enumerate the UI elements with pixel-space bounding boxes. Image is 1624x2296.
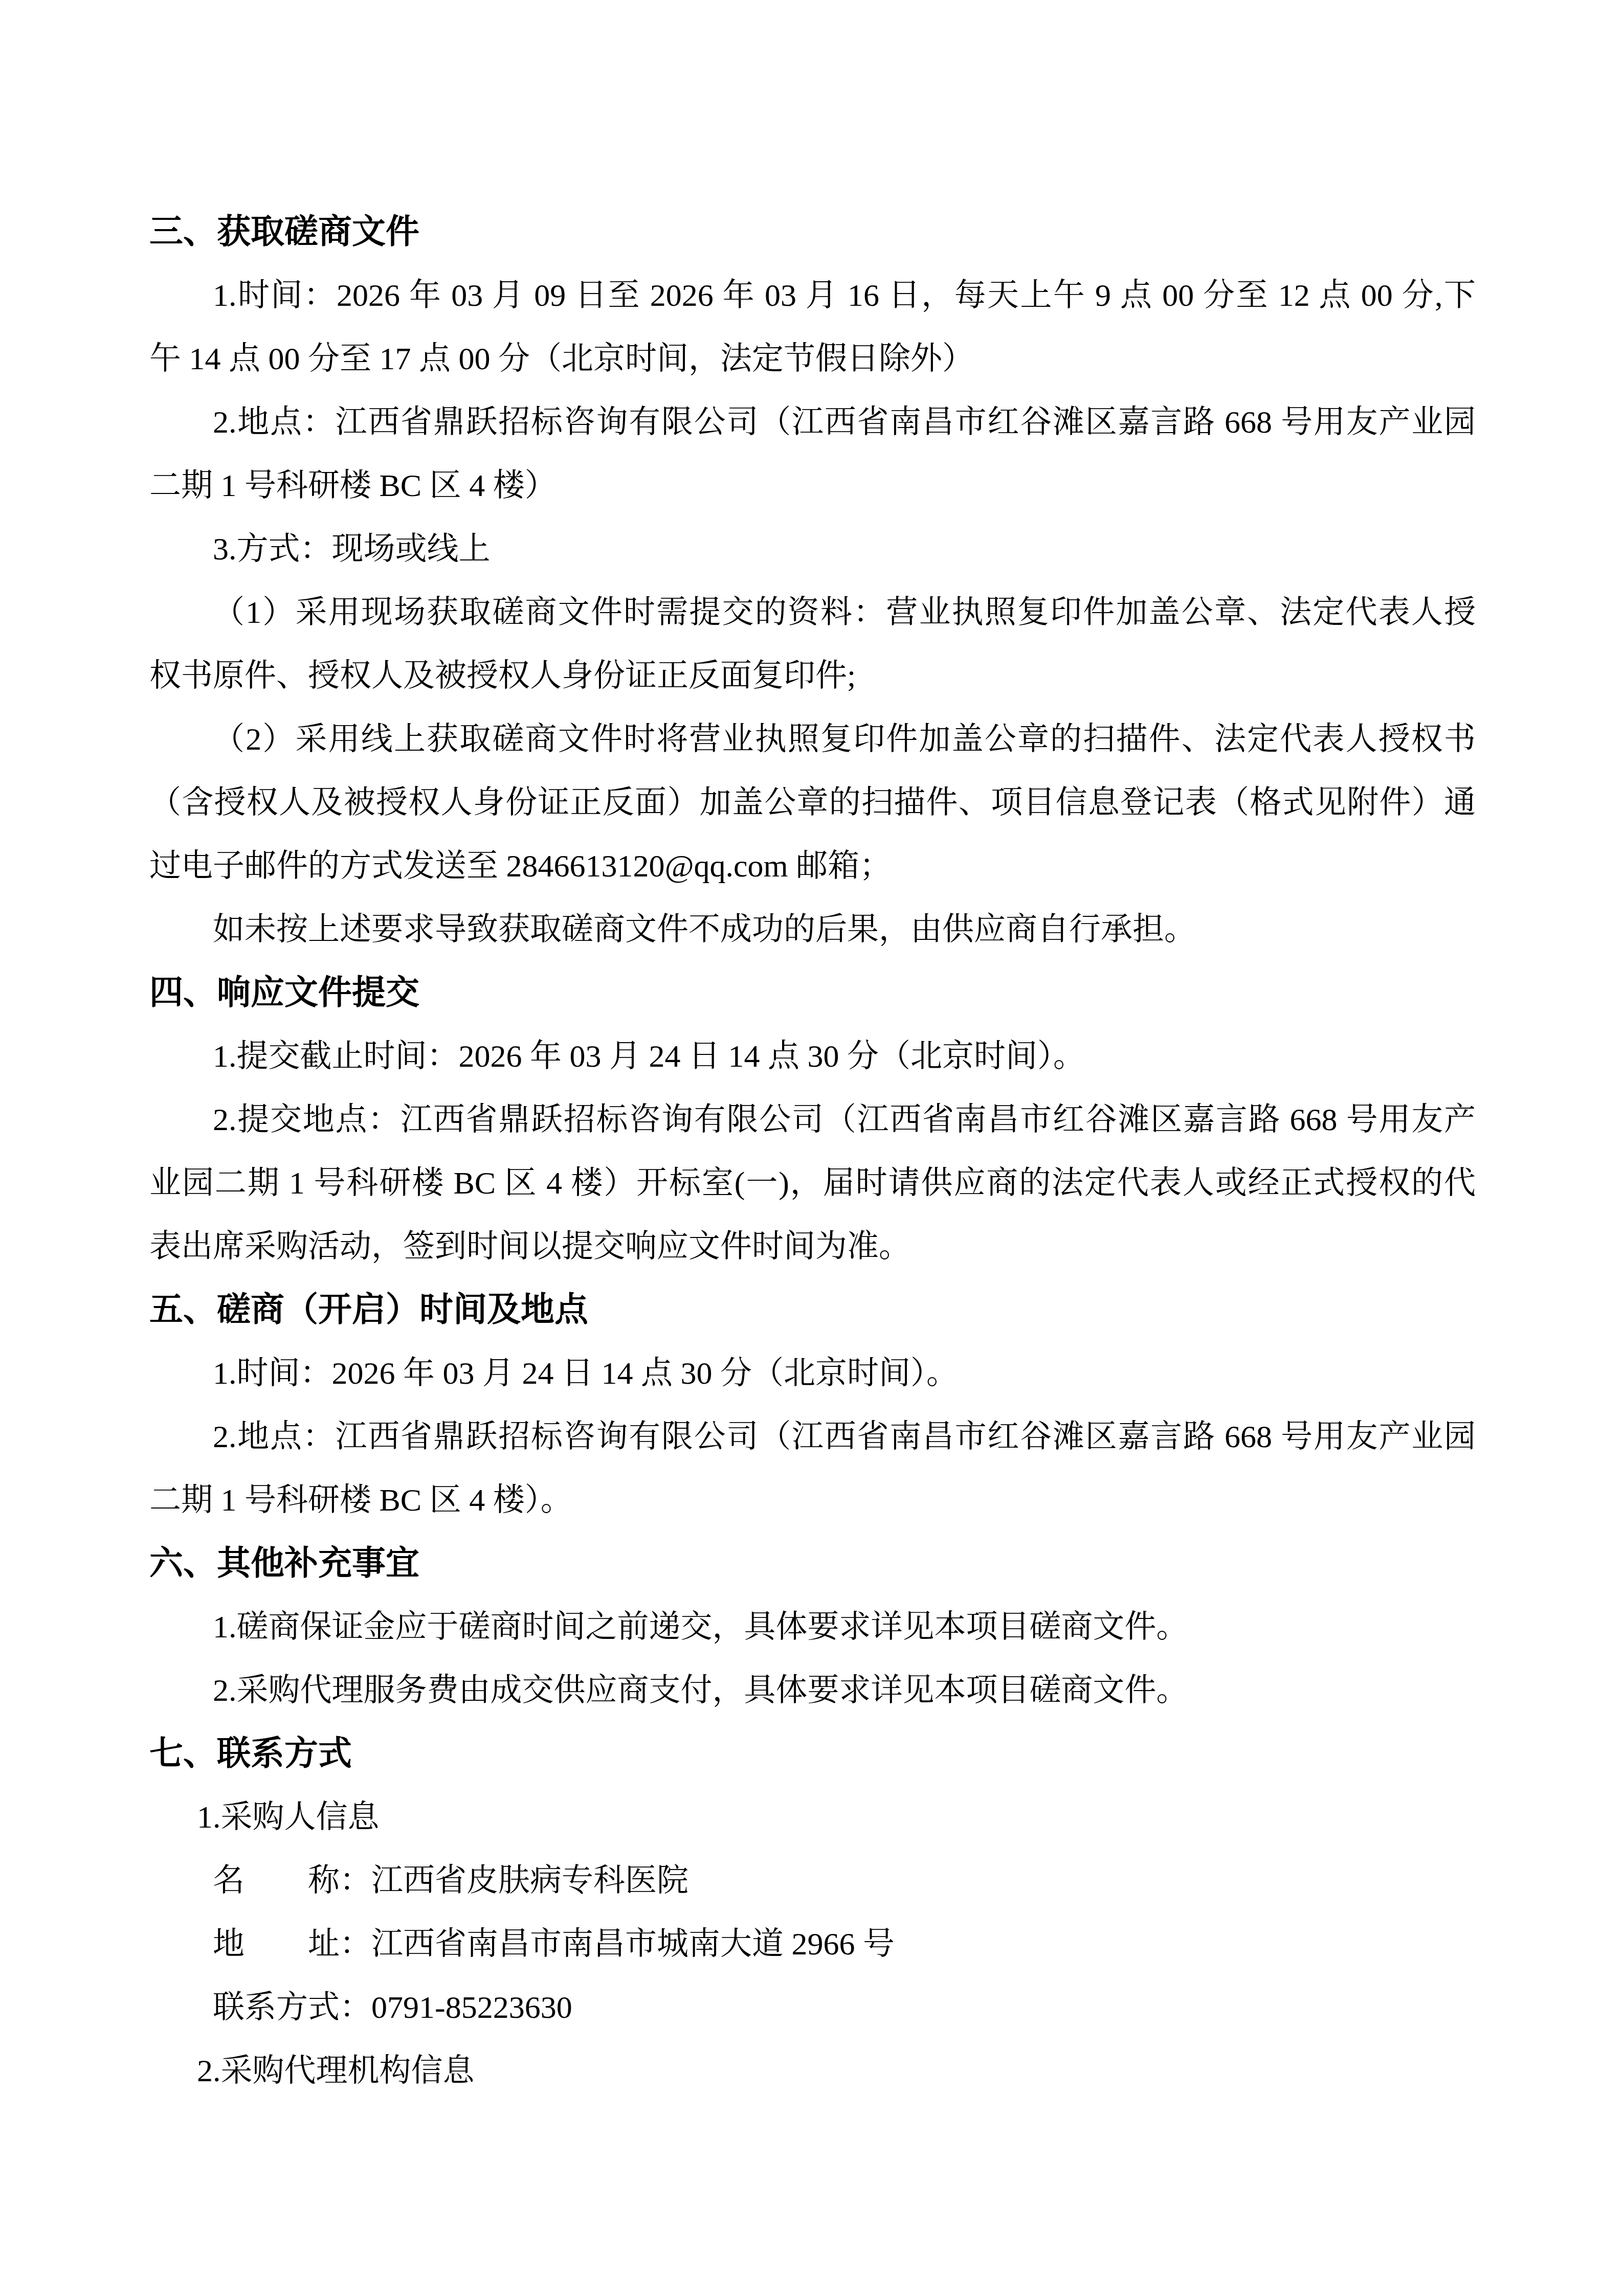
text-line: 表出席采购活动，签到时间以提交响应文件时间为准。 bbox=[149, 1215, 1476, 1278]
text-line: 1.提交截止时间：2026 年 03 月 24 日 14 点 30 分（北京时间… bbox=[149, 1025, 1476, 1088]
text-line: （1）采用现场获取磋商文件时需提交的资料：营业执照复印件加盖公章、法定代表人授 bbox=[149, 581, 1476, 644]
text-line: 1.采购人信息 bbox=[149, 1786, 1476, 1849]
text-line: （2）采用线上获取磋商文件时将营业执照复印件加盖公章的扫描件、法定代表人授权书 bbox=[149, 708, 1476, 771]
section-heading: 五、磋商（开启）时间及地点 bbox=[149, 1278, 1476, 1342]
text-line: 3.方式：现场或线上 bbox=[149, 517, 1476, 581]
section-heading: 六、其他补充事宜 bbox=[149, 1532, 1476, 1595]
text-line: 2.采购代理机构信息 bbox=[149, 2039, 1476, 2103]
text-line: 业园二期 1 号科研楼 BC 区 4 楼）开标室(一)，届时请供应商的法定代表人… bbox=[149, 1152, 1476, 1215]
section-heading: 四、响应文件提交 bbox=[149, 961, 1476, 1025]
text-line: 二期 1 号科研楼 BC 区 4 楼）。 bbox=[149, 1469, 1476, 1532]
section-heading: 三、获取磋商文件 bbox=[149, 200, 1476, 264]
text-line: 2.地点：江西省鼎跃招标咨询有限公司（江西省南昌市红谷滩区嘉言路 668 号用友… bbox=[149, 1405, 1476, 1469]
text-line: 地 址：江西省南昌市南昌市城南大道 2966 号 bbox=[149, 1912, 1476, 1976]
text-line: 如未按上述要求导致获取磋商文件不成功的后果，由供应商自行承担。 bbox=[149, 898, 1476, 961]
text-line: 名 称：江西省皮肤病专科医院 bbox=[149, 1849, 1476, 1912]
text-line: 1.时间：2026 年 03 月 24 日 14 点 30 分（北京时间）。 bbox=[149, 1342, 1476, 1405]
text-line: 2.采购代理服务费由成交供应商支付，具体要求详见本项目磋商文件。 bbox=[149, 1659, 1476, 1722]
document-page: 三、获取磋商文件1.时间：2026 年 03 月 09 日至 2026 年 03… bbox=[0, 0, 1624, 2296]
text-line: 1.磋商保证金应于磋商时间之前递交，具体要求详见本项目磋商文件。 bbox=[149, 1595, 1476, 1659]
text-line: 权书原件、授权人及被授权人身份证正反面复印件; bbox=[149, 644, 1476, 708]
text-line: 过电子邮件的方式发送至 2846613120@qq.com 邮箱； bbox=[149, 835, 1476, 898]
text-line: （含授权人及被授权人身份证正反面）加盖公章的扫描件、项目信息登记表（格式见附件）… bbox=[149, 771, 1476, 835]
text-line: 午 14 点 00 分至 17 点 00 分（北京时间，法定节假日除外） bbox=[149, 327, 1476, 391]
text-line: 联系方式：0791-85223630 bbox=[149, 1976, 1476, 2039]
text-line: 2.提交地点：江西省鼎跃招标咨询有限公司（江西省南昌市红谷滩区嘉言路 668 号… bbox=[149, 1088, 1476, 1152]
section-heading: 七、联系方式 bbox=[149, 1722, 1476, 1786]
text-line: 1.时间：2026 年 03 月 09 日至 2026 年 03 月 16 日，… bbox=[149, 264, 1476, 327]
text-line: 二期 1 号科研楼 BC 区 4 楼） bbox=[149, 454, 1476, 517]
text-line: 2.地点：江西省鼎跃招标咨询有限公司（江西省南昌市红谷滩区嘉言路 668 号用友… bbox=[149, 391, 1476, 454]
